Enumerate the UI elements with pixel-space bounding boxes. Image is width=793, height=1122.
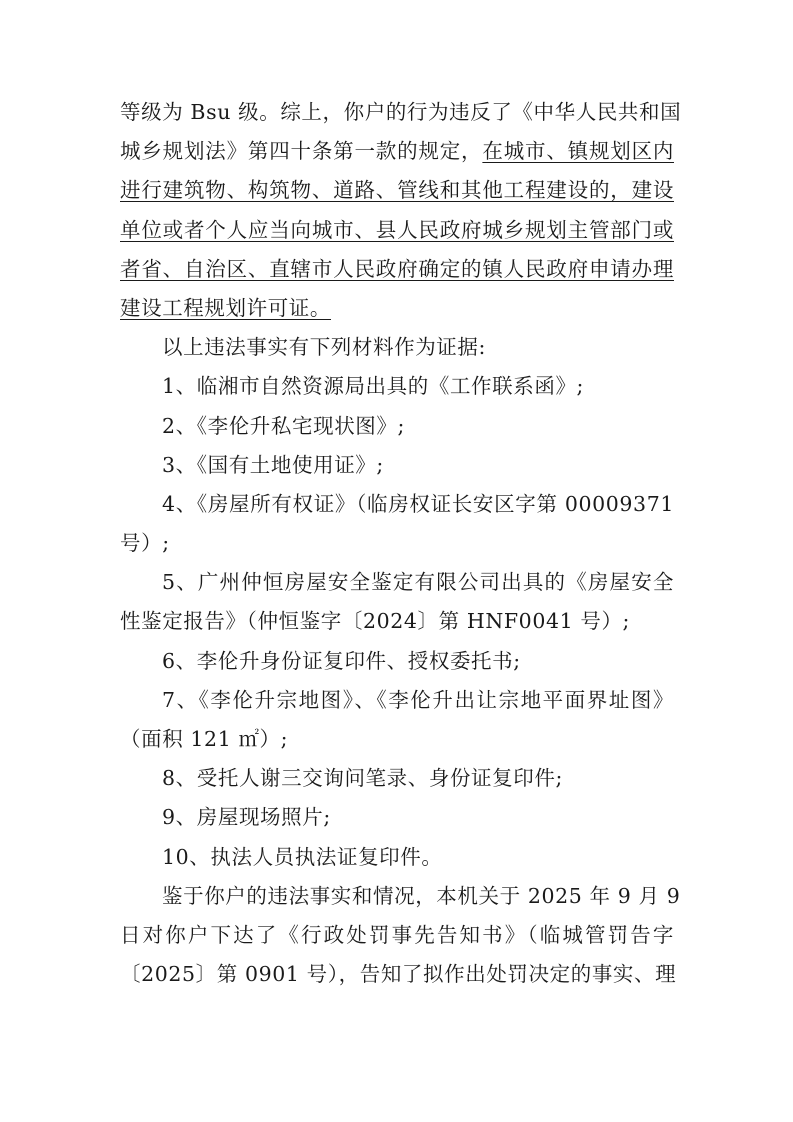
underlined-line: 进行建筑物、构筑物、道路、管线和其他工程建设的，建设	[120, 171, 674, 210]
evidence-item-7: 7、《李伦升宗地图》、《李伦升出让宗地平面界址图》	[120, 681, 674, 720]
document-page: 等级为 Bsu 级。综上，你户的行为违反了《中华人民共和国 城乡规划法》第四十条…	[120, 93, 674, 994]
evidence-item-9: 9、房屋现场照片;	[120, 798, 674, 837]
closing-line: 〔2025〕第 0901 号），告知了拟作出处罚决定的事实、理	[120, 955, 674, 994]
evidence-item-4-cont: 号）;	[120, 524, 674, 563]
closing-line: 鉴于你户的违法事实和情况，本机关于 2025 年 9 月 9	[120, 877, 674, 916]
evidence-item-2: 2、《李伦升私宅现状图》;	[120, 407, 674, 446]
evidence-intro: 以上违法事实有下列材料作为证据:	[120, 328, 674, 367]
evidence-item-5-cont: 性鉴定报告》（仲恒鉴字〔2024〕第 HNF0041 号）;	[120, 602, 674, 641]
underlined-line: 者省、自治区、直辖市人民政府确定的镇人民政府申请办理	[120, 250, 674, 289]
text-underlined: 建设工程规划许可证。	[120, 296, 331, 320]
evidence-item-10: 10、执法人员执法证复印件。	[120, 838, 674, 877]
text-underlined: 在城市、镇规划区内	[482, 139, 674, 163]
underlined-line: 单位或者个人应当向城市、县人民政府城乡规划主管部门或	[120, 211, 674, 250]
paragraph-line: 城乡规划法》第四十条第一款的规定，在城市、镇规划区内	[120, 132, 674, 171]
evidence-item-8: 8、受托人谢三交询问笔录、身份证复印件;	[120, 759, 674, 798]
evidence-item-4: 4、《房屋所有权证》（临房权证长安区字第 00009371	[120, 485, 674, 524]
evidence-item-1: 1、临湘市自然资源局出具的《工作联系函》;	[120, 367, 674, 406]
text-plain: 城乡规划法》第四十条第一款的规定，	[120, 139, 482, 163]
evidence-item-3: 3、《国有土地使用证》;	[120, 446, 674, 485]
evidence-item-6: 6、李伦升身份证复印件、授权委托书;	[120, 642, 674, 681]
underlined-line-end: 建设工程规划许可证。	[120, 289, 674, 328]
evidence-item-7-cont: （面积 121 ㎡）;	[120, 720, 674, 759]
evidence-item-5: 5、广州仲恒房屋安全鉴定有限公司出具的《房屋安全	[120, 563, 674, 602]
paragraph-line: 等级为 Bsu 级。综上，你户的行为违反了《中华人民共和国	[120, 93, 674, 132]
closing-line: 日对你户下达了《行政处罚事先告知书》（临城管罚告字	[120, 916, 674, 955]
